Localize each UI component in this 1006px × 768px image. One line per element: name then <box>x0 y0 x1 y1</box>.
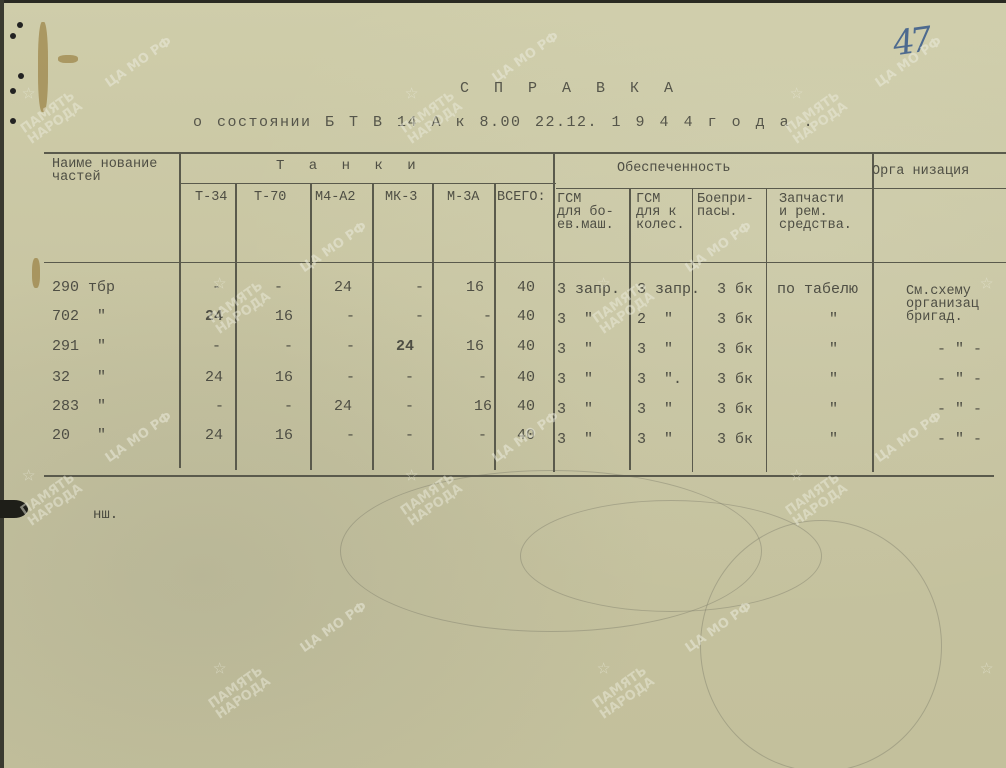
total-count: 40 <box>517 340 535 353</box>
mk3-count: - <box>405 429 414 442</box>
t70-count: 16 <box>275 429 293 442</box>
t34-count: - <box>212 340 221 353</box>
header-tanks-group: Т а н к и <box>276 160 424 173</box>
t70-count: 16 <box>275 371 293 384</box>
fuel-wheeled: 3 ". <box>637 373 682 386</box>
footer-note: нш. <box>93 507 118 523</box>
header-bottom-line <box>44 262 1006 263</box>
document-subtitle: о состоянии Б Т В 14 А к 8.00 22.12. 1 9… <box>193 114 814 131</box>
unit-name: 283 " <box>52 400 106 413</box>
document-title: С П Р А В К А <box>460 80 681 97</box>
ammo: 3 бк <box>717 313 753 326</box>
parts: " <box>829 343 838 356</box>
fuel-combat: 3 " <box>557 343 593 356</box>
scan-left-edge <box>0 0 4 768</box>
total-count: 40 <box>517 371 535 384</box>
m4a2-count: - <box>346 340 355 353</box>
punch-hole <box>10 88 16 94</box>
table-bottom-border <box>44 475 994 477</box>
m3a-count: 16 <box>466 340 484 353</box>
mk3-count: 24 <box>396 340 414 353</box>
star-icon: ☆ <box>980 270 993 296</box>
star-icon: ☆ <box>22 462 35 488</box>
header-parts: Запчасти и рем. средства. <box>779 193 852 232</box>
col-divider <box>692 188 693 472</box>
stain <box>32 258 40 288</box>
unit-name: 702 " <box>52 310 106 323</box>
punch-hole <box>10 118 16 124</box>
supply-subheader-line <box>556 188 1006 189</box>
parts: " <box>829 373 838 386</box>
table-top-border <box>44 152 1006 154</box>
mk3-count: - <box>415 281 424 294</box>
stain <box>38 22 48 112</box>
unit-name: 20 " <box>52 429 106 442</box>
fuel-combat: 3 " <box>557 373 593 386</box>
m4a2-count: - <box>346 429 355 442</box>
star-icon: ☆ <box>597 270 610 296</box>
parts: по табелю <box>777 283 858 296</box>
map-bleed-line <box>700 520 942 768</box>
punch-hole <box>17 22 23 28</box>
fuel-wheeled: 2 " <box>637 313 673 326</box>
total-count: 40 <box>517 281 535 294</box>
col-divider <box>494 183 496 470</box>
m4a2-count: 24 <box>334 400 352 413</box>
fuel-combat: 3 " <box>557 313 593 326</box>
m3a-count: - <box>478 371 487 384</box>
total-count: 40 <box>517 310 535 323</box>
ammo: 3 бк <box>717 283 753 296</box>
punch-hole <box>10 33 16 39</box>
ammo: 3 бк <box>717 373 753 386</box>
star-icon: ☆ <box>213 270 226 296</box>
org-note: - " - <box>937 433 982 446</box>
star-icon: ☆ <box>597 655 610 681</box>
stain <box>58 55 78 63</box>
org-note: - " - <box>937 403 982 416</box>
unit-name: 291 " <box>52 340 106 353</box>
org-note: - " - <box>937 373 982 386</box>
star-icon: ☆ <box>790 80 803 106</box>
total-count: 40 <box>517 400 535 413</box>
m3a-count: 16 <box>474 400 492 413</box>
star-icon: ☆ <box>22 80 35 106</box>
header-t70: Т-70 <box>254 191 286 204</box>
t34-count: 24 <box>205 429 223 442</box>
header-fuel-combat: ГСМ для бо- ев.маш. <box>557 193 614 232</box>
t70-count: 16 <box>275 310 293 323</box>
unit-name: 32 " <box>52 371 106 384</box>
t70-count: - <box>284 400 293 413</box>
t34-count: 24 <box>205 371 223 384</box>
star-icon: ☆ <box>980 655 993 681</box>
org-note: - " - <box>937 343 982 356</box>
unit-name: 290 тбр <box>52 281 115 294</box>
m4a2-count: 24 <box>334 281 352 294</box>
header-mk3: МК-3 <box>385 191 417 204</box>
fuel-wheeled: 3 " <box>637 433 673 446</box>
col-divider <box>310 183 312 470</box>
fuel-wheeled: 3 " <box>637 343 673 356</box>
scan-top-edge <box>0 0 1006 3</box>
star-icon: ☆ <box>790 462 803 488</box>
header-m3a: М-3А <box>447 191 479 204</box>
mk3-count: - <box>405 371 414 384</box>
m4a2-count: - <box>346 371 355 384</box>
fuel-combat: 3 запр. <box>557 283 620 296</box>
punch-hole <box>18 73 24 79</box>
ammo: 3 бк <box>717 343 753 356</box>
ammo: 3 бк <box>717 403 753 416</box>
fuel-wheeled: 3 " <box>637 403 673 416</box>
fuel-combat: 3 " <box>557 403 593 416</box>
header-total: ВСЕГО: <box>497 191 546 204</box>
header-m4a2: М4-А2 <box>315 191 356 204</box>
m4a2-count: - <box>346 310 355 323</box>
org-note: См.схему организац бригад. <box>906 285 979 324</box>
col-divider <box>629 188 631 470</box>
col-divider <box>179 152 181 468</box>
ammo: 3 бк <box>717 433 753 446</box>
m3a-count: 16 <box>466 281 484 294</box>
mk3-count: - <box>415 310 424 323</box>
parts: " <box>829 403 838 416</box>
m3a-count: - <box>478 429 487 442</box>
col-divider <box>372 183 374 470</box>
star-icon: ☆ <box>213 655 226 681</box>
header-fuel-wheeled: ГСМ для к колес. <box>636 193 685 232</box>
parts: " <box>829 433 838 446</box>
t34-count: - <box>215 400 224 413</box>
header-org-group: Орга низация <box>872 165 969 178</box>
parts: " <box>829 313 838 326</box>
mk3-count: - <box>405 400 414 413</box>
col-divider <box>872 152 874 472</box>
t70-count: - <box>284 340 293 353</box>
header-ammo: Боепри- пасы. <box>697 193 754 219</box>
star-icon: ☆ <box>405 80 418 106</box>
t70-count: - <box>274 281 283 294</box>
fuel-combat: 3 " <box>557 433 593 446</box>
star-icon: ☆ <box>405 462 418 488</box>
header-unit-names: Наиме нование частей <box>52 158 157 184</box>
col-divider <box>766 188 767 472</box>
header-supply-group: Обеспеченность <box>617 162 730 175</box>
col-divider <box>432 183 434 470</box>
m3a-count: - <box>483 310 492 323</box>
header-t34: Т-34 <box>195 191 227 204</box>
